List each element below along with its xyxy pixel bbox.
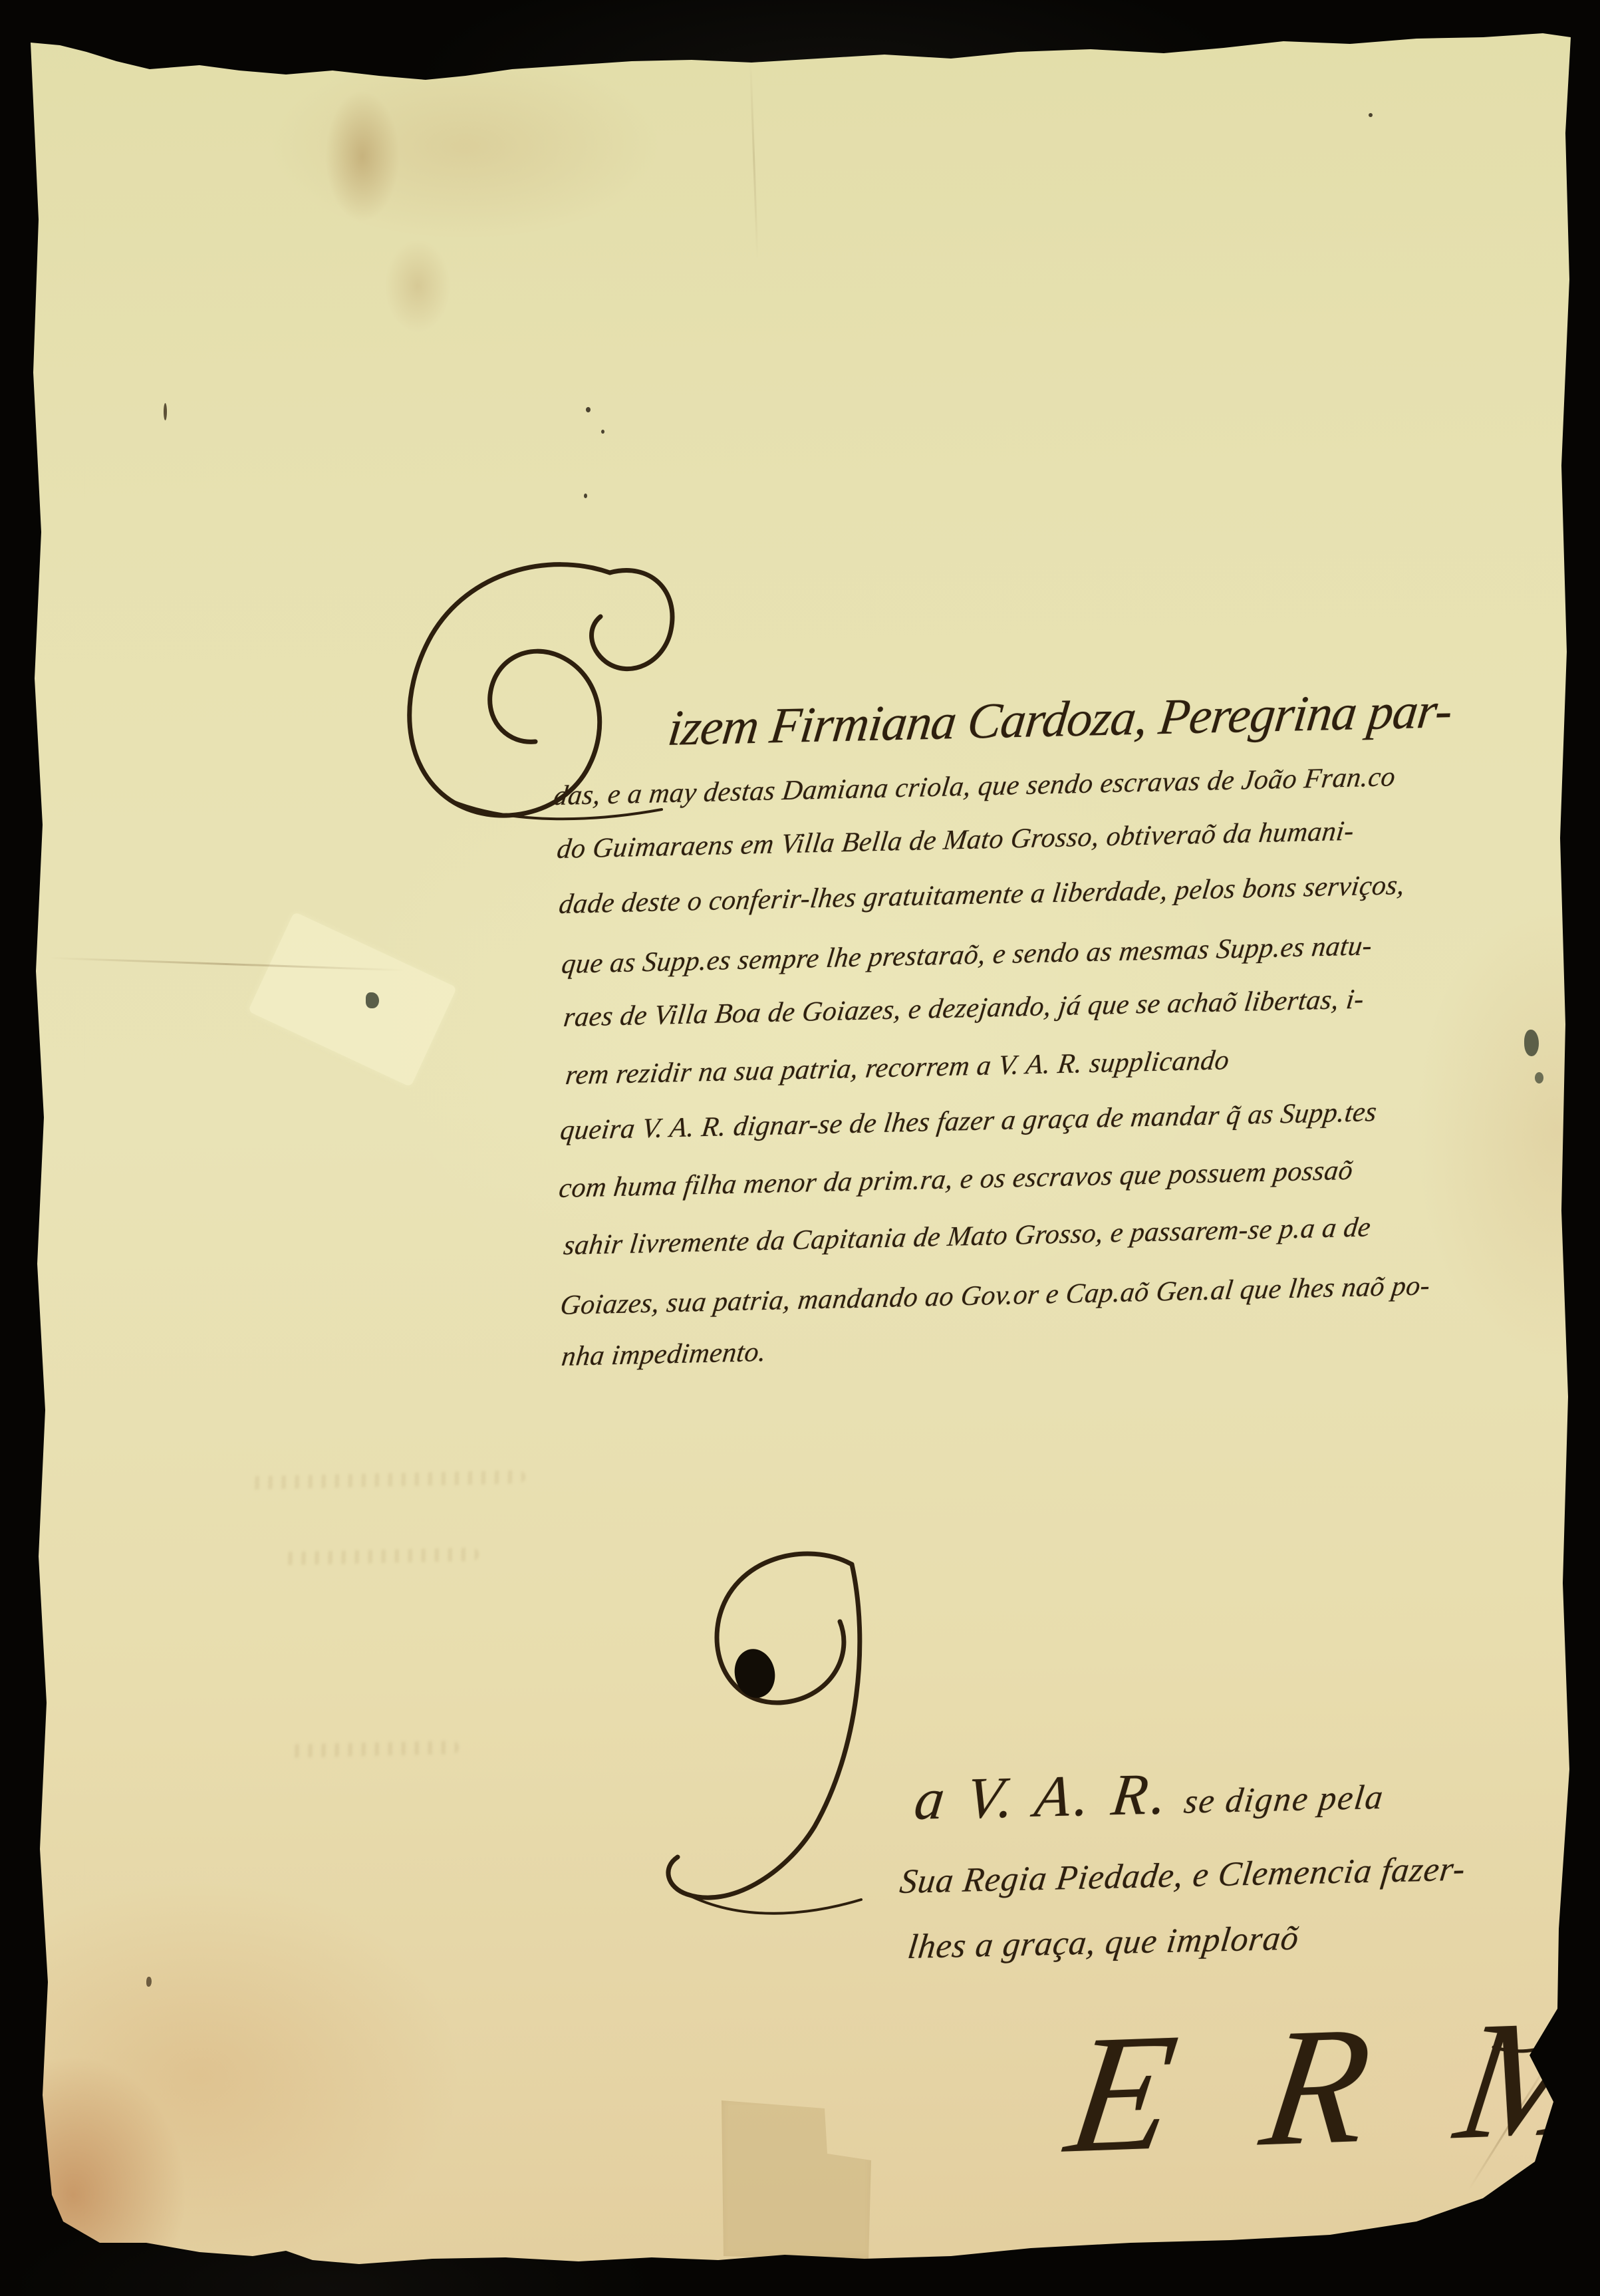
petition-line: lhes a graça, que imploraõ <box>906 1918 1301 1967</box>
speck <box>1369 113 1373 117</box>
body-line: queira V. A. R. dignar-se de lhes fazer … <box>559 1096 1379 1147</box>
speck <box>584 494 587 498</box>
paper-crease <box>749 60 758 259</box>
speck <box>601 430 604 434</box>
dark-smudge-right-edge <box>1535 1072 1543 1083</box>
petition-address: a V. A. R. <box>911 1762 1174 1832</box>
closing-swash <box>1490 1995 1596 2062</box>
initial-p-flourish <box>655 1550 921 1922</box>
tape-repair-left <box>248 912 457 1087</box>
bleed-through-ghost <box>279 1548 479 1566</box>
body-line: dade deste o conferir-lhes gratuitamente… <box>557 869 1406 921</box>
dark-smudge-right-edge <box>1524 1030 1539 1056</box>
speck <box>501 23 506 28</box>
petition-line1-rest: se digne pela <box>1182 1779 1386 1821</box>
manuscript-paper: izem Firmiana Cardoza, Peregrina par- da… <box>0 0 1600 2296</box>
body-line: com huma filha menor da prim.ra, e os es… <box>557 1155 1355 1205</box>
body-line: Goiazes, sua patria, mandando ao Gov.or … <box>559 1270 1432 1322</box>
body-line: sahir livremente da Capitania de Mato Gr… <box>562 1211 1373 1262</box>
photo-stage: izem Firmiana Cardoza, Peregrina par- da… <box>0 0 1600 2296</box>
ink-stroke-margin <box>164 403 167 420</box>
body-line: que as Supp.es sempre lhe prestaraõ, e s… <box>560 930 1374 980</box>
petition-address-line: a V. A. R.se digne pela <box>911 1756 1389 1834</box>
ink-blot <box>730 1646 779 1702</box>
bleed-through-ghost <box>286 1741 459 1758</box>
body-line: do Guimaraens em Villa Bella de Mato Gro… <box>555 815 1356 865</box>
petition-line: Sua Regia Piedade, e Clemencia fazer- <box>898 1850 1468 1902</box>
tape-repair-bottom <box>720 2096 874 2260</box>
ink-stroke-margin <box>146 1977 152 1987</box>
ink-smudge-on-tape <box>366 992 379 1008</box>
opening-line: izem Firmiana Cardoza, Peregrina par- <box>665 682 1455 758</box>
bleed-through-ghost <box>246 1470 525 1490</box>
body-line: raes de Villa Boa de Goiazes, e dezejand… <box>562 984 1366 1034</box>
speck <box>586 407 591 412</box>
body-line: rem rezidir na sua patria, recorrem a V.… <box>564 1044 1231 1091</box>
body-line: nha impedimento. <box>560 1336 768 1373</box>
